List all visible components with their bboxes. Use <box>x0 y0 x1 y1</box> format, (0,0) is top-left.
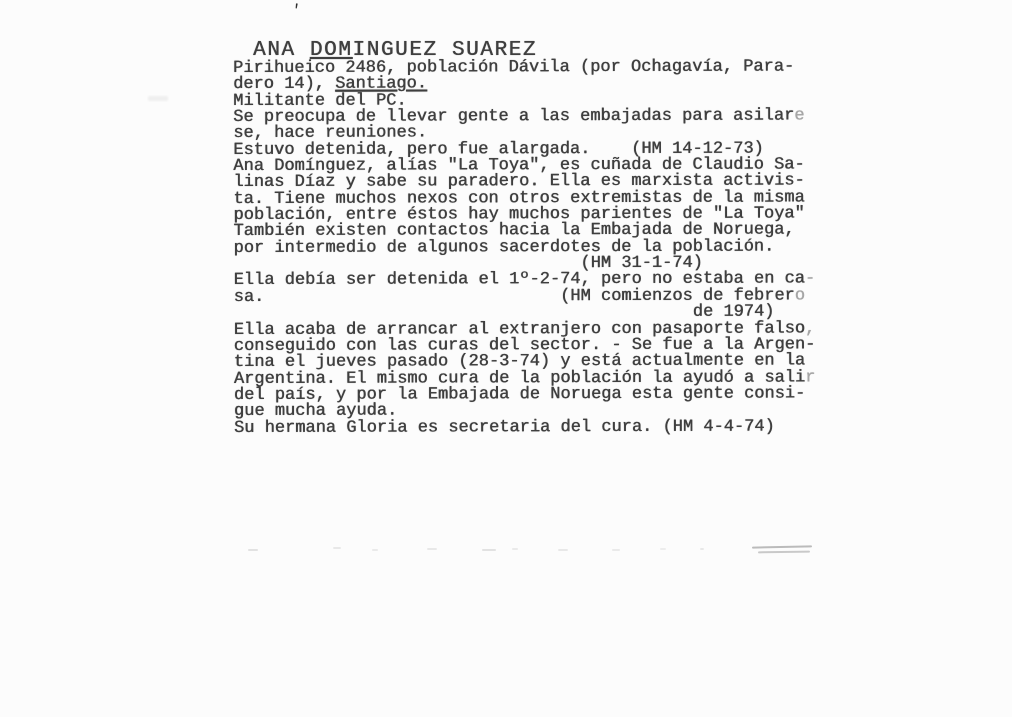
scan-artifact <box>700 548 704 550</box>
scan-artifact <box>482 549 496 551</box>
text-segment: e <box>794 107 804 126</box>
document-title: ANA DOMINGUEZ SUAREZ <box>253 40 537 56</box>
scan-artifact <box>752 545 812 548</box>
text-segment: Su hermana Gloria es secretaria del cura… <box>234 417 775 437</box>
scan-artifact <box>372 549 378 551</box>
scan-artifact <box>558 549 568 551</box>
document-line: ANA DOMINGUEZ SUAREZ <box>253 40 537 56</box>
scan-artifact <box>148 96 168 101</box>
scan-artifact <box>660 548 666 550</box>
scan-artifact <box>333 547 341 549</box>
scan-stray-mark: ' <box>290 1 302 20</box>
scan-artifact <box>758 551 810 554</box>
scan-artifact <box>248 549 258 551</box>
text-segment: o <box>795 286 805 305</box>
text-segment: , <box>805 319 815 338</box>
scan-artifact <box>512 548 518 550</box>
scan-artifact <box>427 548 437 550</box>
document-line: Su hermana Gloria es secretaria del cura… <box>234 419 816 437</box>
scanned-document-page: ' ANA DOMINGUEZ SUAREZ Pirihueico 2486, … <box>0 0 1012 717</box>
document-body: Pirihueico 2486, población Dávila (por O… <box>233 59 815 436</box>
scan-artifact <box>612 549 620 551</box>
text-segment: - <box>805 270 815 289</box>
text-segment: r <box>805 368 815 387</box>
